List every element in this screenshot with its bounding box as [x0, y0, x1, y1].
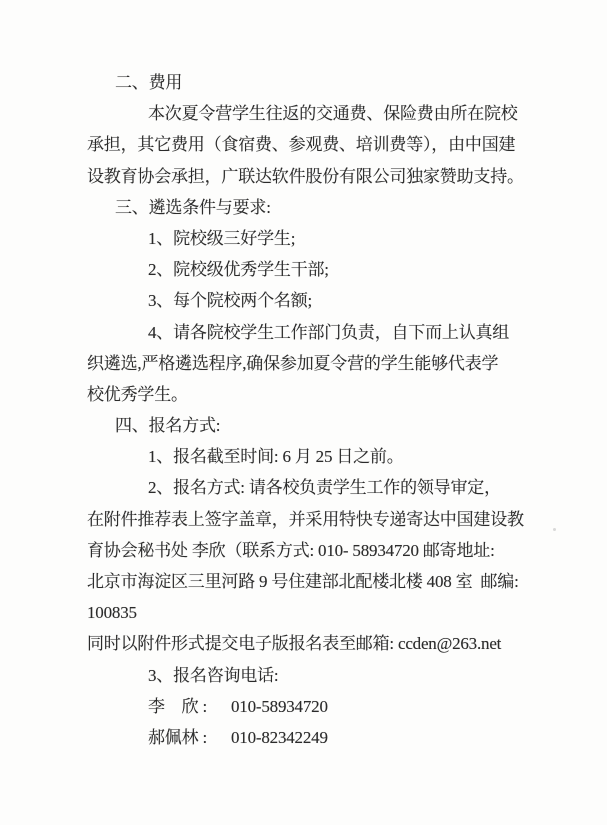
fee-body-line-2: 承担，其它费用（食宿费、参观费、培训费等），由中国建 — [87, 129, 535, 160]
selection-item-4: 4、请各院校学生工作部门负责，自下而上认真组 — [87, 317, 535, 348]
fee-body-line-1: 本次夏令营学生往返的交通费、保险费由所在院校 — [87, 98, 535, 129]
selection-item-3: 3、每个院校两个名额; — [87, 285, 535, 316]
fee-heading: 二、费用 — [87, 67, 535, 98]
document-page: 二、费用 本次夏令营学生往返的交通费、保险费由所在院校 承担，其它费用（食宿费、… — [0, 0, 607, 825]
registration-method: 2、报名方式: 请各校负责学生工作的领导审定， — [87, 472, 535, 503]
registration-email-line: 同时以附件形式提交电子版报名表至邮箱: ccden@263.net — [87, 628, 535, 659]
registration-method-cont-3: 北京市海淀区三里河路 9 号住建部北配楼北楼 408 室 邮编: — [87, 566, 535, 597]
selection-heading: 三、遴选条件与要求: — [87, 192, 535, 223]
registration-method-cont-2: 育协会秘书处 李欣（联系方式: 010- 58934720 邮寄地址: — [87, 535, 535, 566]
contact-row: 李 欣 :010-58934720 — [87, 691, 535, 722]
registration-heading: 四、报名方式: — [87, 410, 535, 441]
contact-phone: 010-82342249 — [231, 722, 328, 753]
contact-phone: 010-58934720 — [231, 691, 328, 722]
content-area: 二、费用 本次夏令营学生往返的交通费、保险费由所在院校 承担，其它费用（食宿费、… — [87, 67, 535, 753]
scan-speck — [553, 528, 556, 531]
selection-item-2: 2、院校级优秀学生干部; — [87, 254, 535, 285]
selection-item-4-cont-2: 校优秀学生。 — [87, 379, 535, 410]
fee-body-line-3: 设教育协会承担，广联达软件股份有限公司独家赞助支持。 — [87, 161, 535, 192]
selection-item-4-cont-1: 织遴选,严格遴选程序,确保参加夏令营的学生能够代表学 — [87, 348, 535, 379]
registration-deadline: 1、报名截至时间: 6 月 25 日之前。 — [87, 441, 535, 472]
registration-postcode: 100835 — [87, 597, 535, 628]
registration-method-cont-1: 在附件推荐表上签字盖章，并采用特快专递寄达中国建设教 — [87, 504, 535, 535]
contact-name: 李 欣 : — [148, 697, 207, 716]
selection-item-1: 1、院校级三好学生; — [87, 223, 535, 254]
contact-name: 郝佩林 : — [148, 728, 207, 747]
phone-heading: 3、报名咨询电话: — [87, 660, 535, 691]
contact-row: 郝佩林 :010-82342249 — [87, 722, 535, 753]
